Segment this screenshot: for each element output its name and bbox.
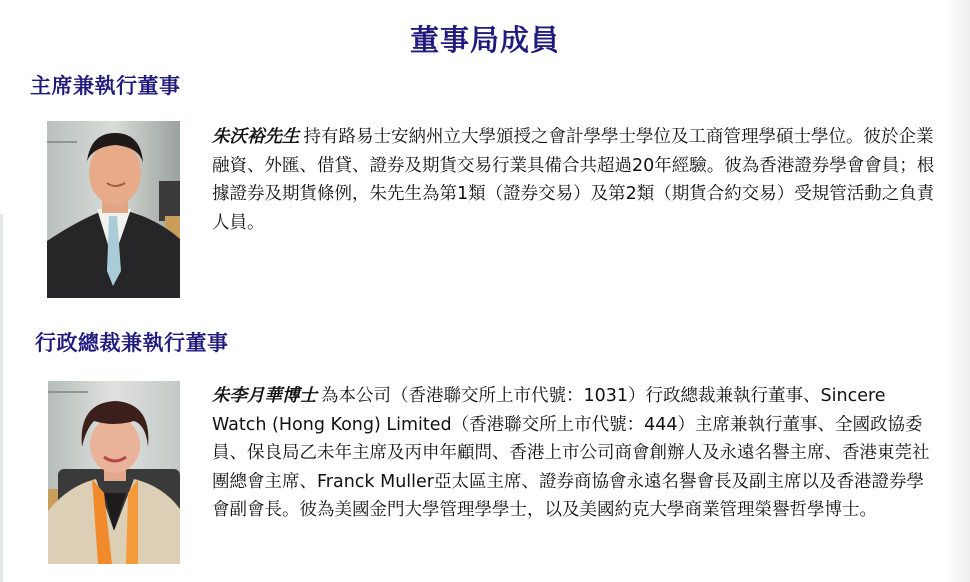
role-heading-chairman: 主席兼執行董事 [30,70,181,100]
bio-text-chairman: 持有路易士安納州立大學頒授之會計學學士學位及工商管理學碩士學位。彼於企業融資、外… [212,127,934,233]
portrait-woman-scarf-icon [48,381,180,564]
bio-chairman: 朱沃裕先生持有路易士安納州立大學頒授之會計學學士學位及工商管理學碩士學位。彼於企… [212,123,938,237]
photo-ceo [48,381,180,564]
member-name-ceo: 朱李月華博士 [212,386,317,406]
page-title: 董事局成員 [0,18,970,59]
portrait-man-suit-icon [47,121,180,298]
bio-text-ceo: 為本公司（香港聯交所上市代號：1031）行政總裁兼執行董事、Sincere Wa… [212,386,930,520]
member-name-chairman: 朱沃裕先生 [212,127,300,147]
bio-ceo: 朱李月華博士為本公司（香港聯交所上市代號：1031）行政總裁兼執行董事、Sinc… [212,382,938,525]
role-heading-ceo: 行政總裁兼執行董事 [35,327,229,357]
photo-chairman [47,121,180,298]
right-edge-shade [948,0,970,582]
left-edge-strip [0,214,3,582]
